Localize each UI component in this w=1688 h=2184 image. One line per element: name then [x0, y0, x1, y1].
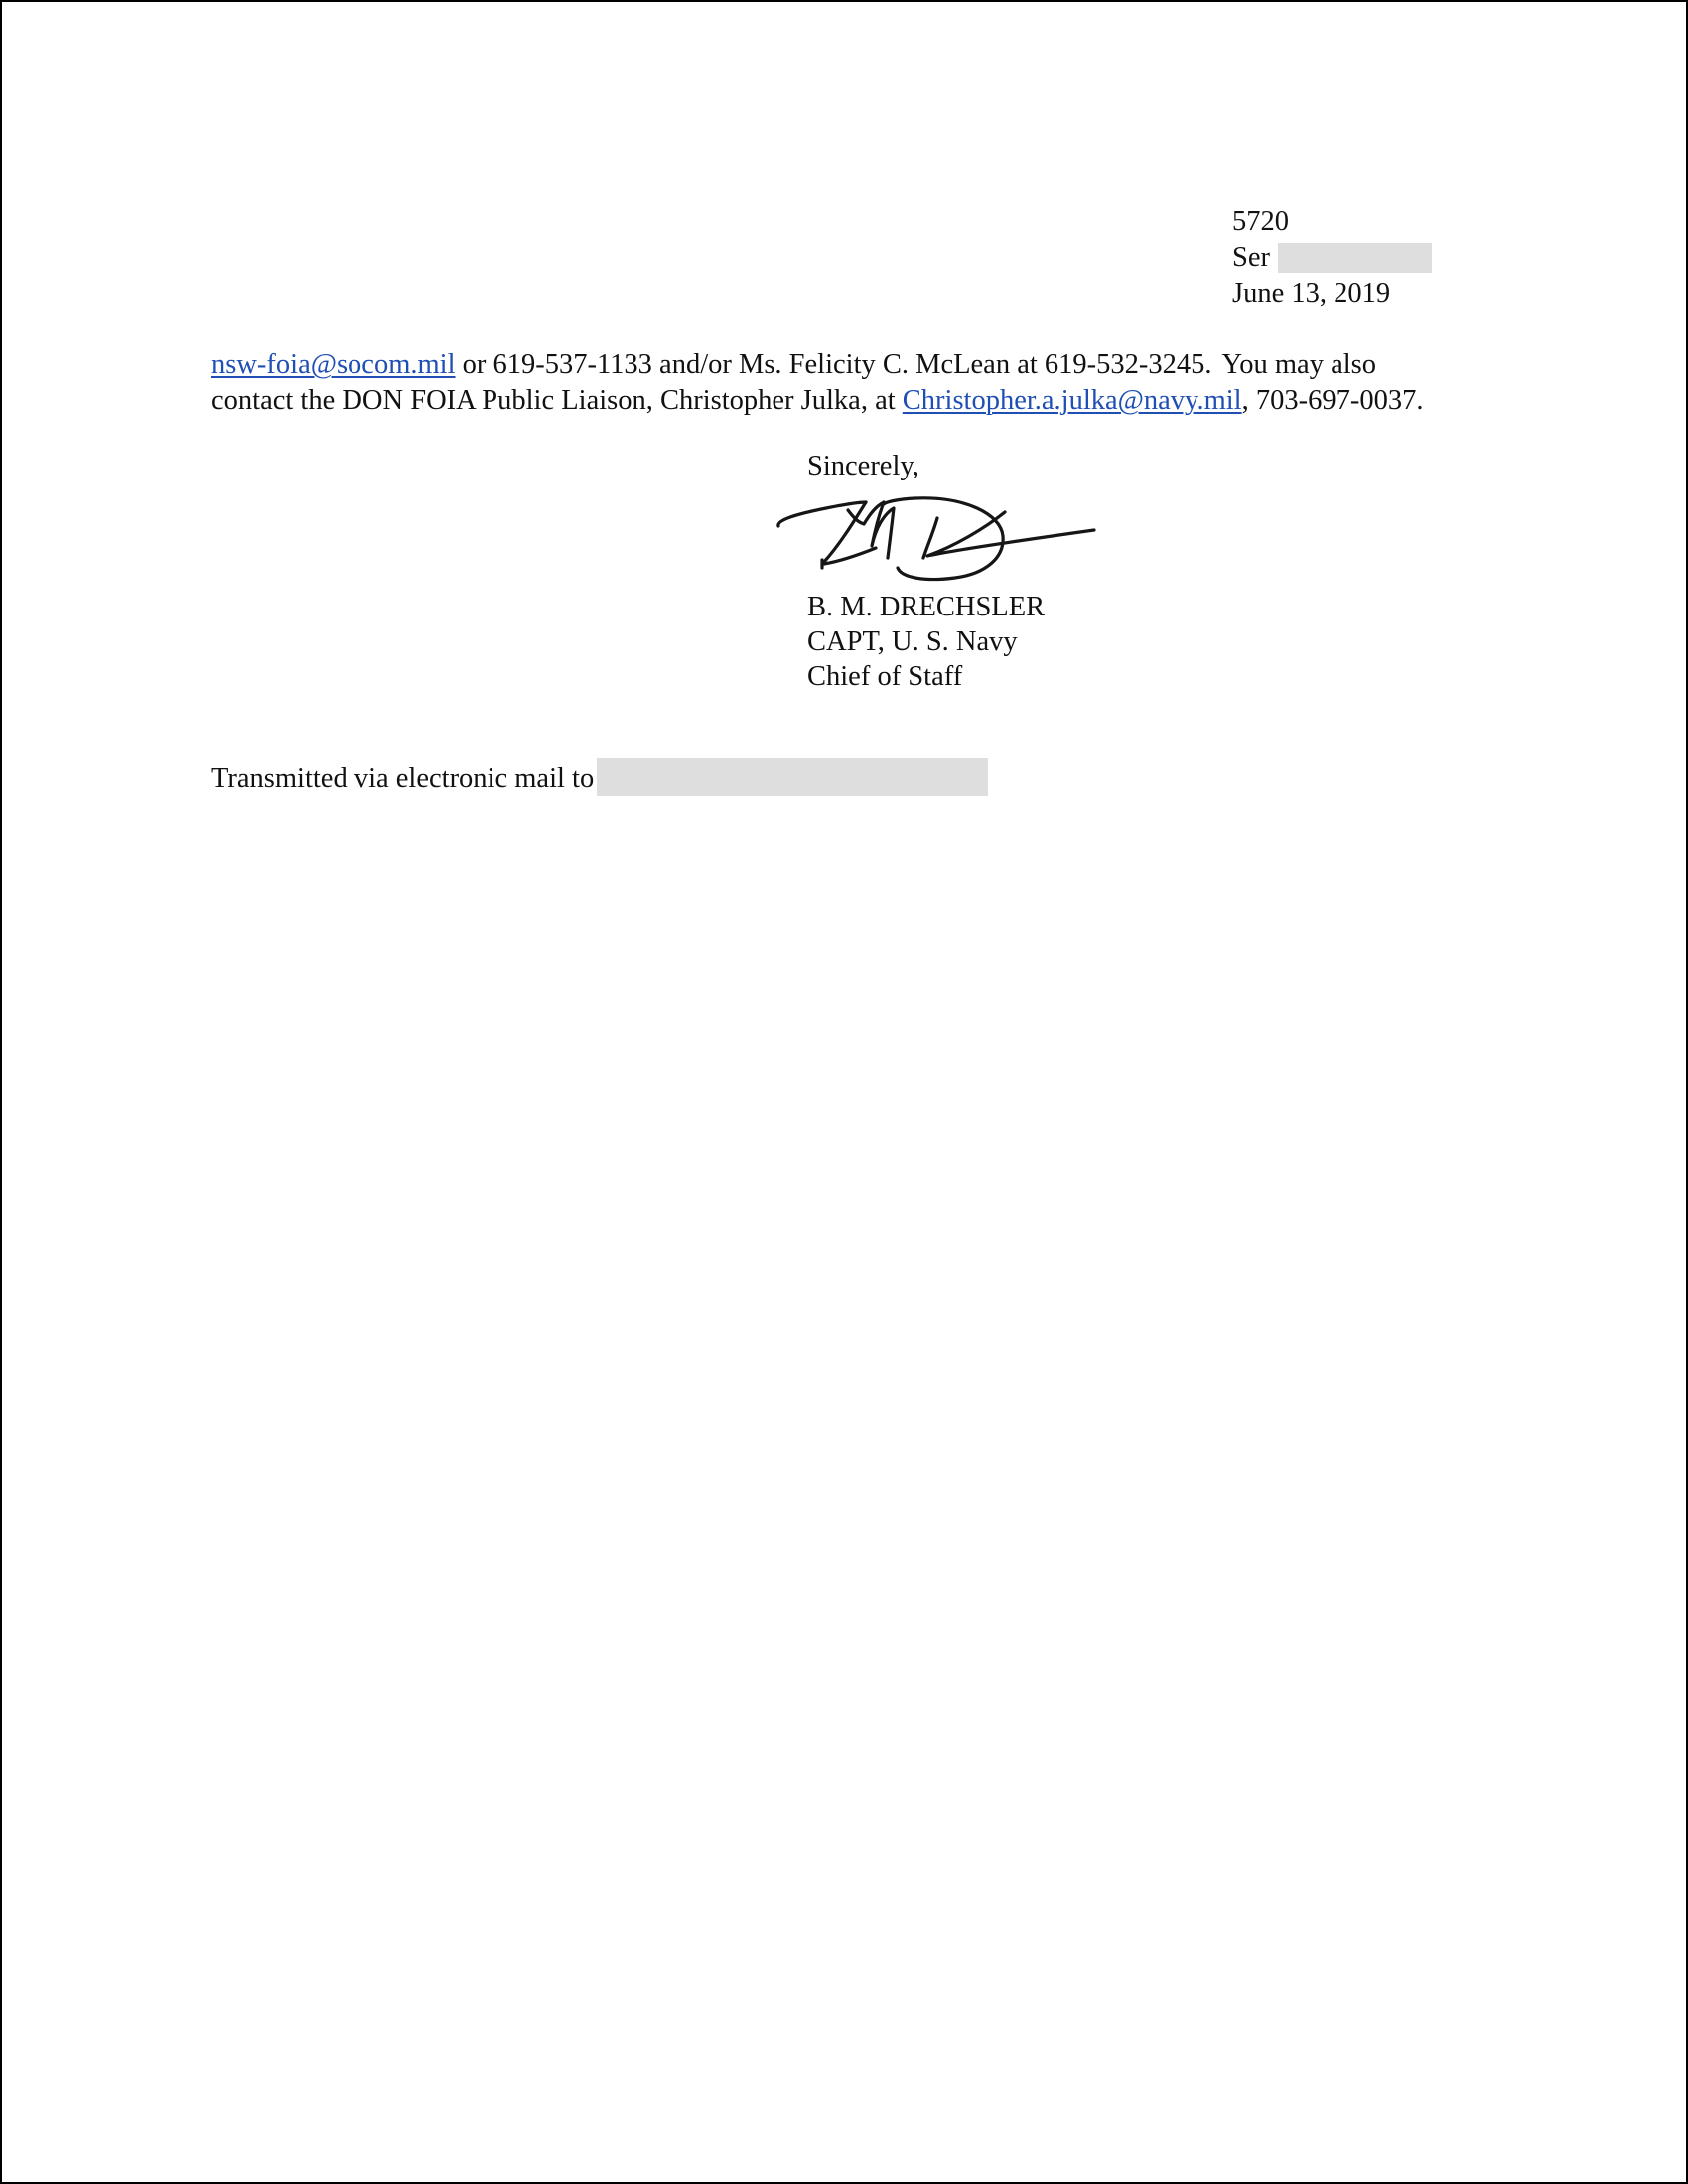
reference-block: 5720 Ser June 13, 2019: [1232, 205, 1432, 312]
closing-salutation: Sincerely,: [807, 449, 919, 484]
recipient-redaction: [597, 758, 988, 796]
transmittal-line: Transmitted via electronic mail to: [211, 761, 988, 797]
serial-redaction: [1278, 243, 1432, 273]
signer-rank: CAPT, U. S. Navy: [807, 624, 1045, 659]
serial-label: Ser: [1232, 242, 1270, 273]
body-line-1-text: or 619-537-1133 and/or Ms. Felicity C. M…: [456, 349, 1212, 380]
body-line-2-text: contact the DON FOIA Public Liaison, Chr…: [211, 385, 903, 416]
signature-block: B. M. DRECHSLER CAPT, U. S. Navy Chief o…: [807, 590, 1045, 694]
body-line-2: contact the DON FOIA Public Liaison, Chr…: [211, 383, 1423, 419]
body-paragraph: nsw-foia@socom.mil or 619-537-1133 and/o…: [211, 347, 1423, 419]
signer-title: Chief of Staff: [807, 659, 1045, 694]
letter-page: 5720 Ser June 13, 2019 nsw-foia@socom.mi…: [0, 0, 1688, 2184]
letter-date: June 13, 2019: [1232, 276, 1432, 312]
nsw-foia-email-link[interactable]: nsw-foia@socom.mil: [211, 349, 456, 380]
ssic-code: 5720: [1232, 205, 1432, 240]
handwritten-signature: [767, 488, 1104, 588]
serial-line: Ser: [1232, 240, 1432, 276]
body-line-1: nsw-foia@socom.mil or 619-537-1133 and/o…: [211, 347, 1423, 383]
signer-name: B. M. DRECHSLER: [807, 590, 1045, 624]
transmittal-text: Transmitted via electronic mail to: [211, 763, 594, 794]
julka-email-link[interactable]: Christopher.a.julka@navy.mil: [903, 385, 1242, 416]
body-line-1-tail: You may also: [1222, 349, 1376, 380]
body-line-2-tail: , 703-697-0037.: [1242, 385, 1424, 416]
